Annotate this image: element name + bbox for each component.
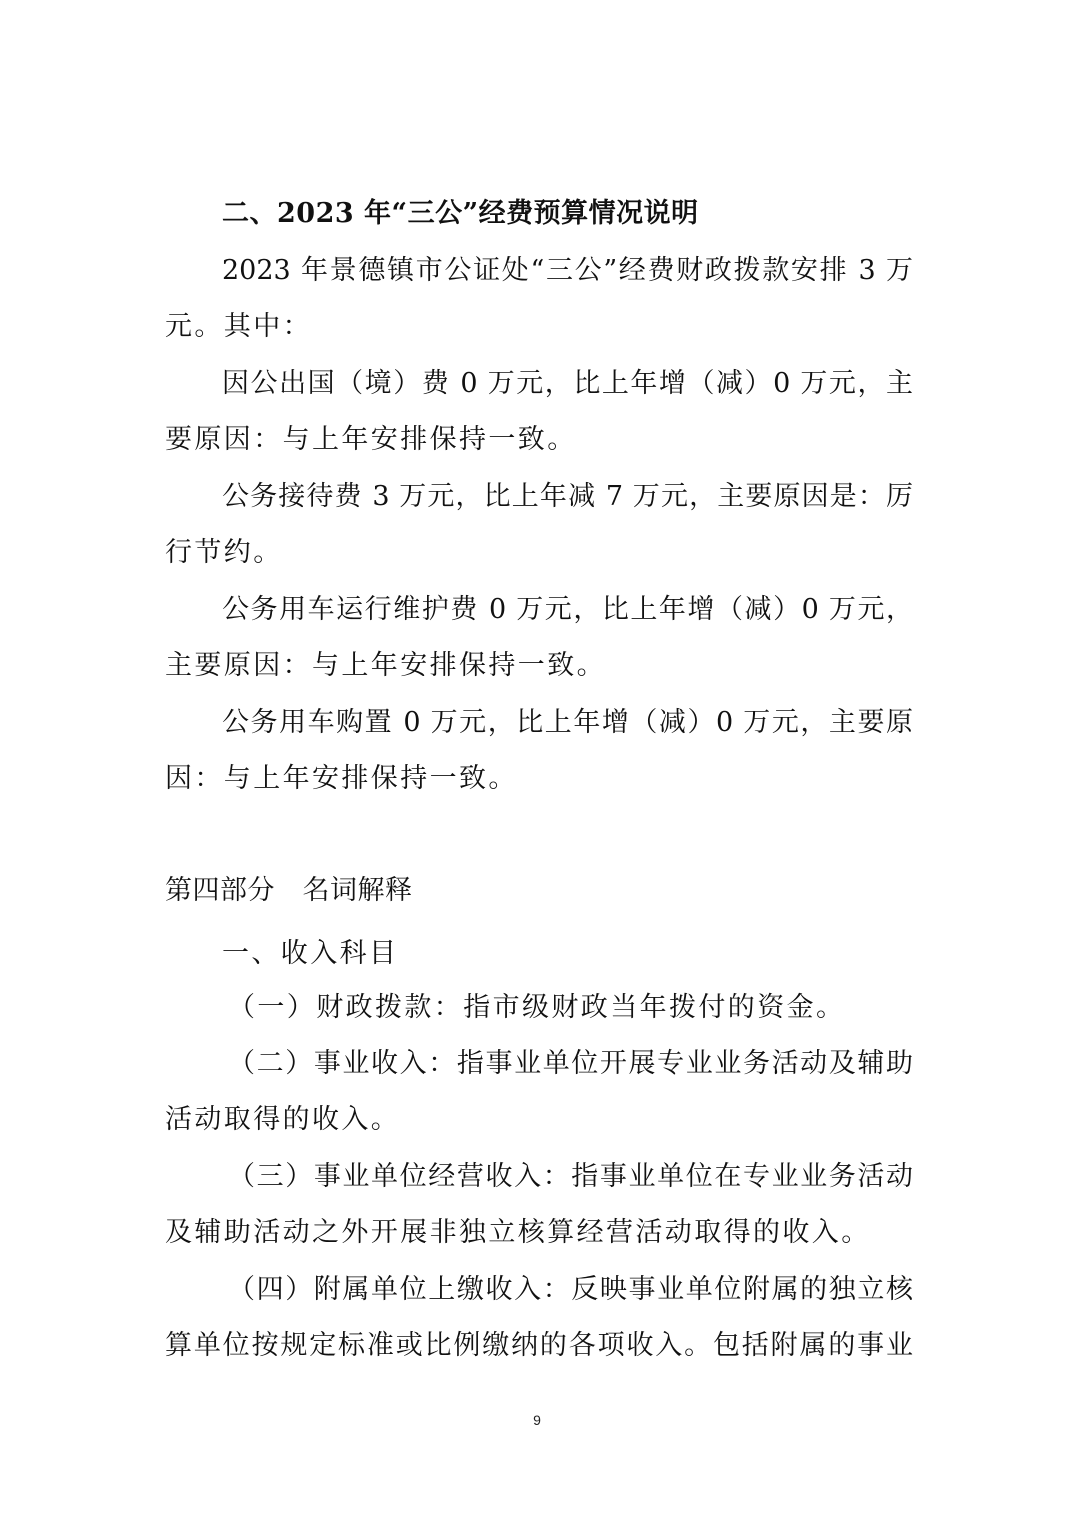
definition-line: （四）附属单位上缴收入：反映事业单位附属的独立核: [228, 1272, 913, 1308]
definition-line: （三）事业单位经营收入：指事业单位在专业业务活动: [228, 1159, 913, 1195]
section-heading: 二、2023 年“三公”经费预算情况说明: [222, 196, 913, 232]
document-page: 二、2023 年“三公”经费预算情况说明 2023 年景德镇市公证处“三公”经费…: [0, 0, 1074, 1520]
paragraph-line: 2023 年景德镇市公证处“三公”经费财政拨款安排 3 万: [222, 253, 913, 289]
definition-line: 算单位按规定标准或比例缴纳的各项收入。包括附属的事业: [165, 1328, 913, 1364]
paragraph-line: 行节约。: [165, 535, 913, 571]
definition-line: 及辅助活动之外开展非独立核算经营活动取得的收入。: [165, 1215, 913, 1251]
paragraph-line: 元。其中：: [165, 309, 913, 345]
subsection-heading: 一、收入科目: [222, 936, 913, 972]
paragraph-line: 因：与上年安排保持一致。: [165, 761, 913, 797]
paragraph-line: 因公出国（境）费 0 万元，比上年增（减）0 万元，主: [222, 366, 913, 402]
page-number: 9: [0, 1412, 1074, 1428]
paragraph-line: 公务用车购置 0 万元，比上年增（减）0 万元，主要原: [222, 705, 913, 741]
paragraph-line: 公务接待费 3 万元，比上年减 7 万元，主要原因是：厉: [222, 479, 913, 515]
definition-line: （一）财政拨款：指市级财政当年拨付的资金。: [228, 990, 919, 1026]
paragraph-line: 要原因：与上年安排保持一致。: [165, 422, 913, 458]
definition-line: 活动取得的收入。: [165, 1102, 913, 1138]
part-title: 第四部分 名词解释: [165, 873, 913, 909]
paragraph-line: 主要原因：与上年安排保持一致。: [165, 648, 913, 684]
definition-line: （二）事业收入：指事业单位开展专业业务活动及辅助: [228, 1046, 913, 1082]
paragraph-line: 公务用车运行维护费 0 万元，比上年增（减）0 万元，: [222, 592, 913, 628]
